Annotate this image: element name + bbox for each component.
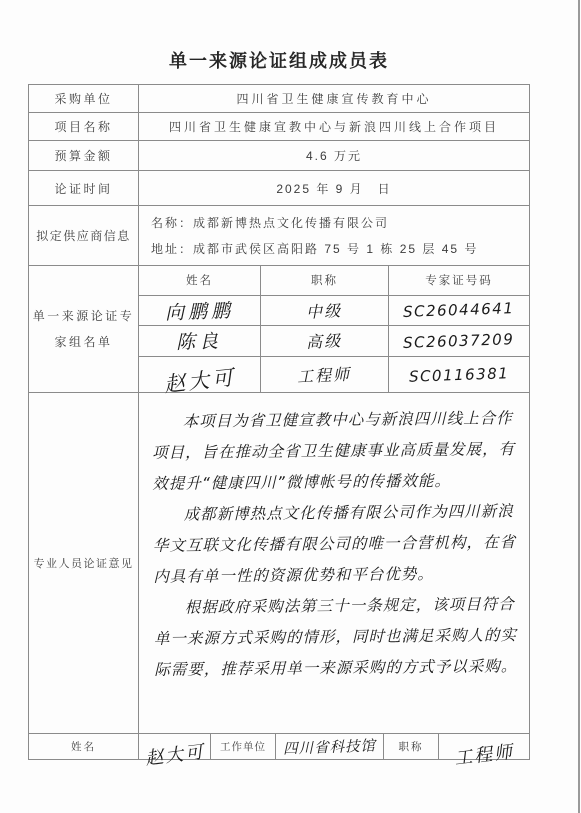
expert1-title-handwriting: 中级 xyxy=(306,298,343,323)
opinion-label: 专业人员论证意见 xyxy=(29,393,139,733)
expert1-cert-handwriting: SC26044641 xyxy=(403,299,515,321)
expert-group-label-line2: 家组名单 xyxy=(54,329,112,355)
expert-row-1: 向鹏鹏 中级 SC26044641 xyxy=(139,296,529,326)
expert-subtable: 姓名 职称 专家证号码 向鹏鹏 中级 SC26044641 陈良 高级 SC26… xyxy=(139,266,529,392)
supplier-label: 拟定供应商信息 xyxy=(29,206,139,265)
expert-header-row: 姓名 职称 专家证号码 xyxy=(139,266,529,296)
expert3-title-handwriting: 工程师 xyxy=(297,362,352,388)
row-expert-group: 单一来源论证专 家组名单 姓名 职称 专家证号码 向鹏鹏 中级 SC260446… xyxy=(29,266,529,393)
scanned-document-page: 单一来源论证组成成员表 采购单位 四川省卫生健康宣传教育中心 项目名称 四川省卫… xyxy=(0,0,581,813)
expert2-cert-handwriting: SC26037209 xyxy=(403,330,515,352)
expert-row-3: 赵大可 工程师 SC0116381 xyxy=(139,357,529,392)
row-purchasing-unit: 采购单位 四川省卫生健康宣传教育中心 xyxy=(29,85,529,113)
expert-row-2: 陈良 高级 SC26037209 xyxy=(139,326,529,358)
footer-name-label: 姓名 xyxy=(29,734,139,759)
expert2-name-handwriting: 陈良 xyxy=(176,327,223,356)
expert-col-title-header: 职称 xyxy=(261,266,389,295)
form-table: 采购单位 四川省卫生健康宣传教育中心 项目名称 四川省卫生健康宣教中心与新浪四川… xyxy=(28,84,530,760)
expert1-name-handwriting: 向鹏鹏 xyxy=(165,295,235,324)
expert3-cert-handwriting: SC0116381 xyxy=(409,364,510,385)
project-name-label: 项目名称 xyxy=(29,113,139,140)
budget-label: 预算金额 xyxy=(29,141,139,170)
expert-group-label-line1: 单一来源论证专 xyxy=(33,303,135,329)
row-budget: 预算金额 4.6 万元 xyxy=(29,141,529,171)
row-review-time: 论证时间 2025 年 9 月 日 xyxy=(29,171,529,206)
purchasing-unit-label: 采购单位 xyxy=(29,85,139,112)
footer-unit-label: 工作单位 xyxy=(211,734,276,759)
opinion-handwriting-cell: 本项目为省卫健宣教中心与新浪四川线上合作项目，旨在推动全省卫生健康事业高质量发展… xyxy=(139,393,529,733)
project-name-value: 四川省卫生健康宣教中心与新浪四川线上合作项目 xyxy=(139,113,529,140)
expert-col-name-header: 姓名 xyxy=(139,266,261,295)
expert2-title-handwriting: 高级 xyxy=(306,328,343,353)
purchasing-unit-value: 四川省卫生健康宣传教育中心 xyxy=(139,85,529,112)
expert-group-label: 单一来源论证专 家组名单 xyxy=(29,266,139,392)
row-opinion: 专业人员论证意见 本项目为省卫健宣教中心与新浪四川线上合作项目，旨在推动全省卫生… xyxy=(29,393,529,734)
opinion-paragraph-3: 根据政府采购法第三十一条规定，该项目符合单一来源方式采购的情形，同时也满足采购人… xyxy=(153,589,520,686)
footer-unit-handwriting: 四川省科技馆 xyxy=(283,734,377,758)
footer-name-signature: 赵大可 xyxy=(143,737,206,770)
row-project-name: 项目名称 四川省卫生健康宣教中心与新浪四川线上合作项目 xyxy=(29,113,529,141)
row-footer-signature: 姓名 赵大可 工作单位 四川省科技馆 职称 工程师 xyxy=(29,734,529,759)
row-supplier: 拟定供应商信息 名称：成都新博热点文化传播有限公司 地址：成都市武侯区高阳路 7… xyxy=(29,206,529,266)
review-time-value: 2025 年 9 月 日 xyxy=(139,171,529,205)
supplier-address-line: 地址：成都市武侯区高阳路 75 号 1 栋 25 层 45 号 xyxy=(151,236,478,262)
supplier-info-cell: 名称：成都新博热点文化传播有限公司 地址：成都市武侯区高阳路 75 号 1 栋 … xyxy=(139,206,529,265)
opinion-paragraph-2: 成都新博热点文化传播有限公司作为四川新浪华文互联文化传播有限公司的唯一合营机构，… xyxy=(153,496,520,593)
scan-edge-line xyxy=(578,0,580,813)
page-title: 单一来源论证组成成员表 xyxy=(28,47,530,73)
footer-title-handwriting: 工程师 xyxy=(453,737,516,770)
expert-col-cert-header: 专家证号码 xyxy=(389,266,529,295)
opinion-paragraph-1: 本项目为省卫健宣教中心与新浪四川线上合作项目，旨在推动全省卫生健康事业高质量发展… xyxy=(152,403,519,500)
supplier-name-line: 名称：成都新博热点文化传播有限公司 xyxy=(151,210,389,236)
budget-value: 4.6 万元 xyxy=(139,141,529,170)
footer-title-label: 职称 xyxy=(384,734,439,759)
review-time-label: 论证时间 xyxy=(29,171,139,205)
